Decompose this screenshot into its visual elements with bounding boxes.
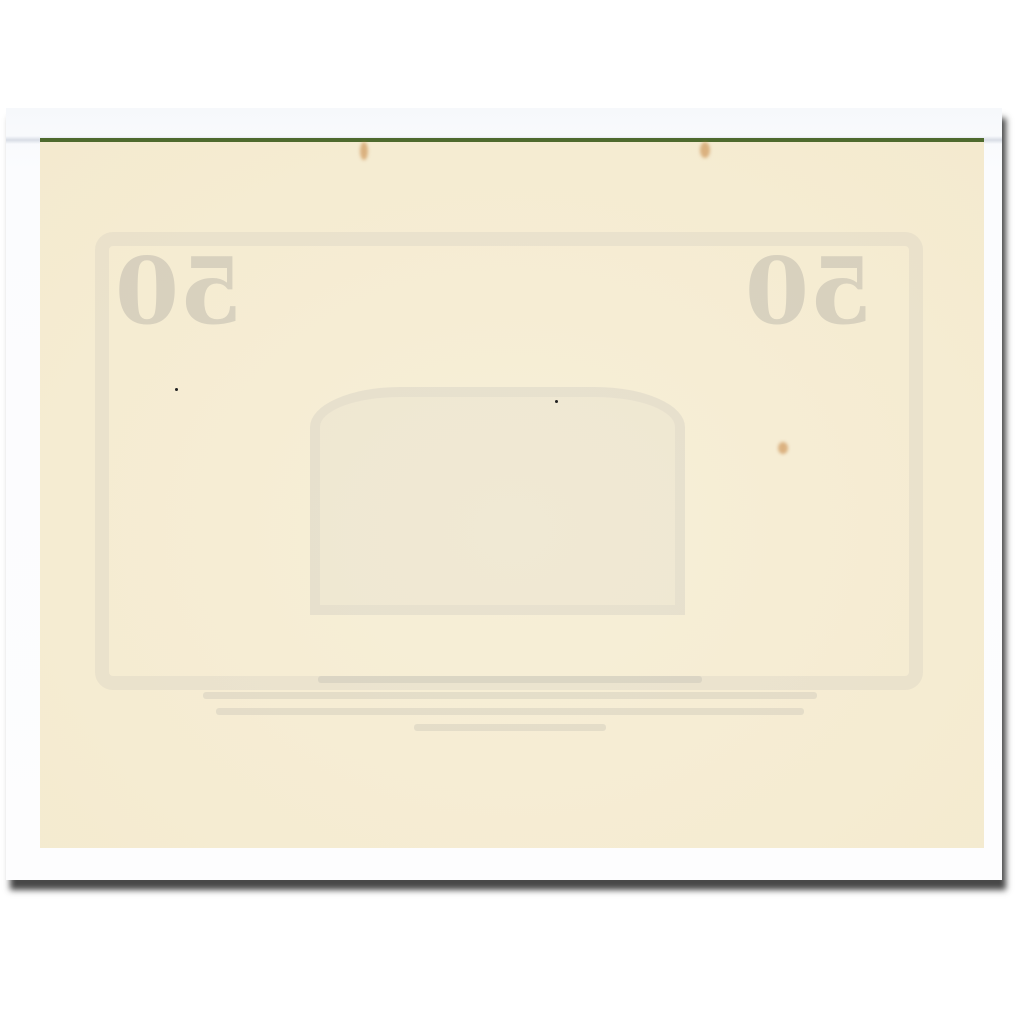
banknote: 50 50 (40, 138, 984, 848)
denomination-right: 50 (745, 237, 873, 345)
foxing-stain (700, 142, 710, 158)
speck (175, 388, 178, 391)
denomination-left: 50 (115, 237, 243, 345)
central-vignette (310, 387, 685, 615)
foxing-stain (778, 442, 788, 454)
faint-inscription (190, 667, 830, 740)
foxing-stain (360, 142, 368, 160)
speck (555, 400, 558, 403)
